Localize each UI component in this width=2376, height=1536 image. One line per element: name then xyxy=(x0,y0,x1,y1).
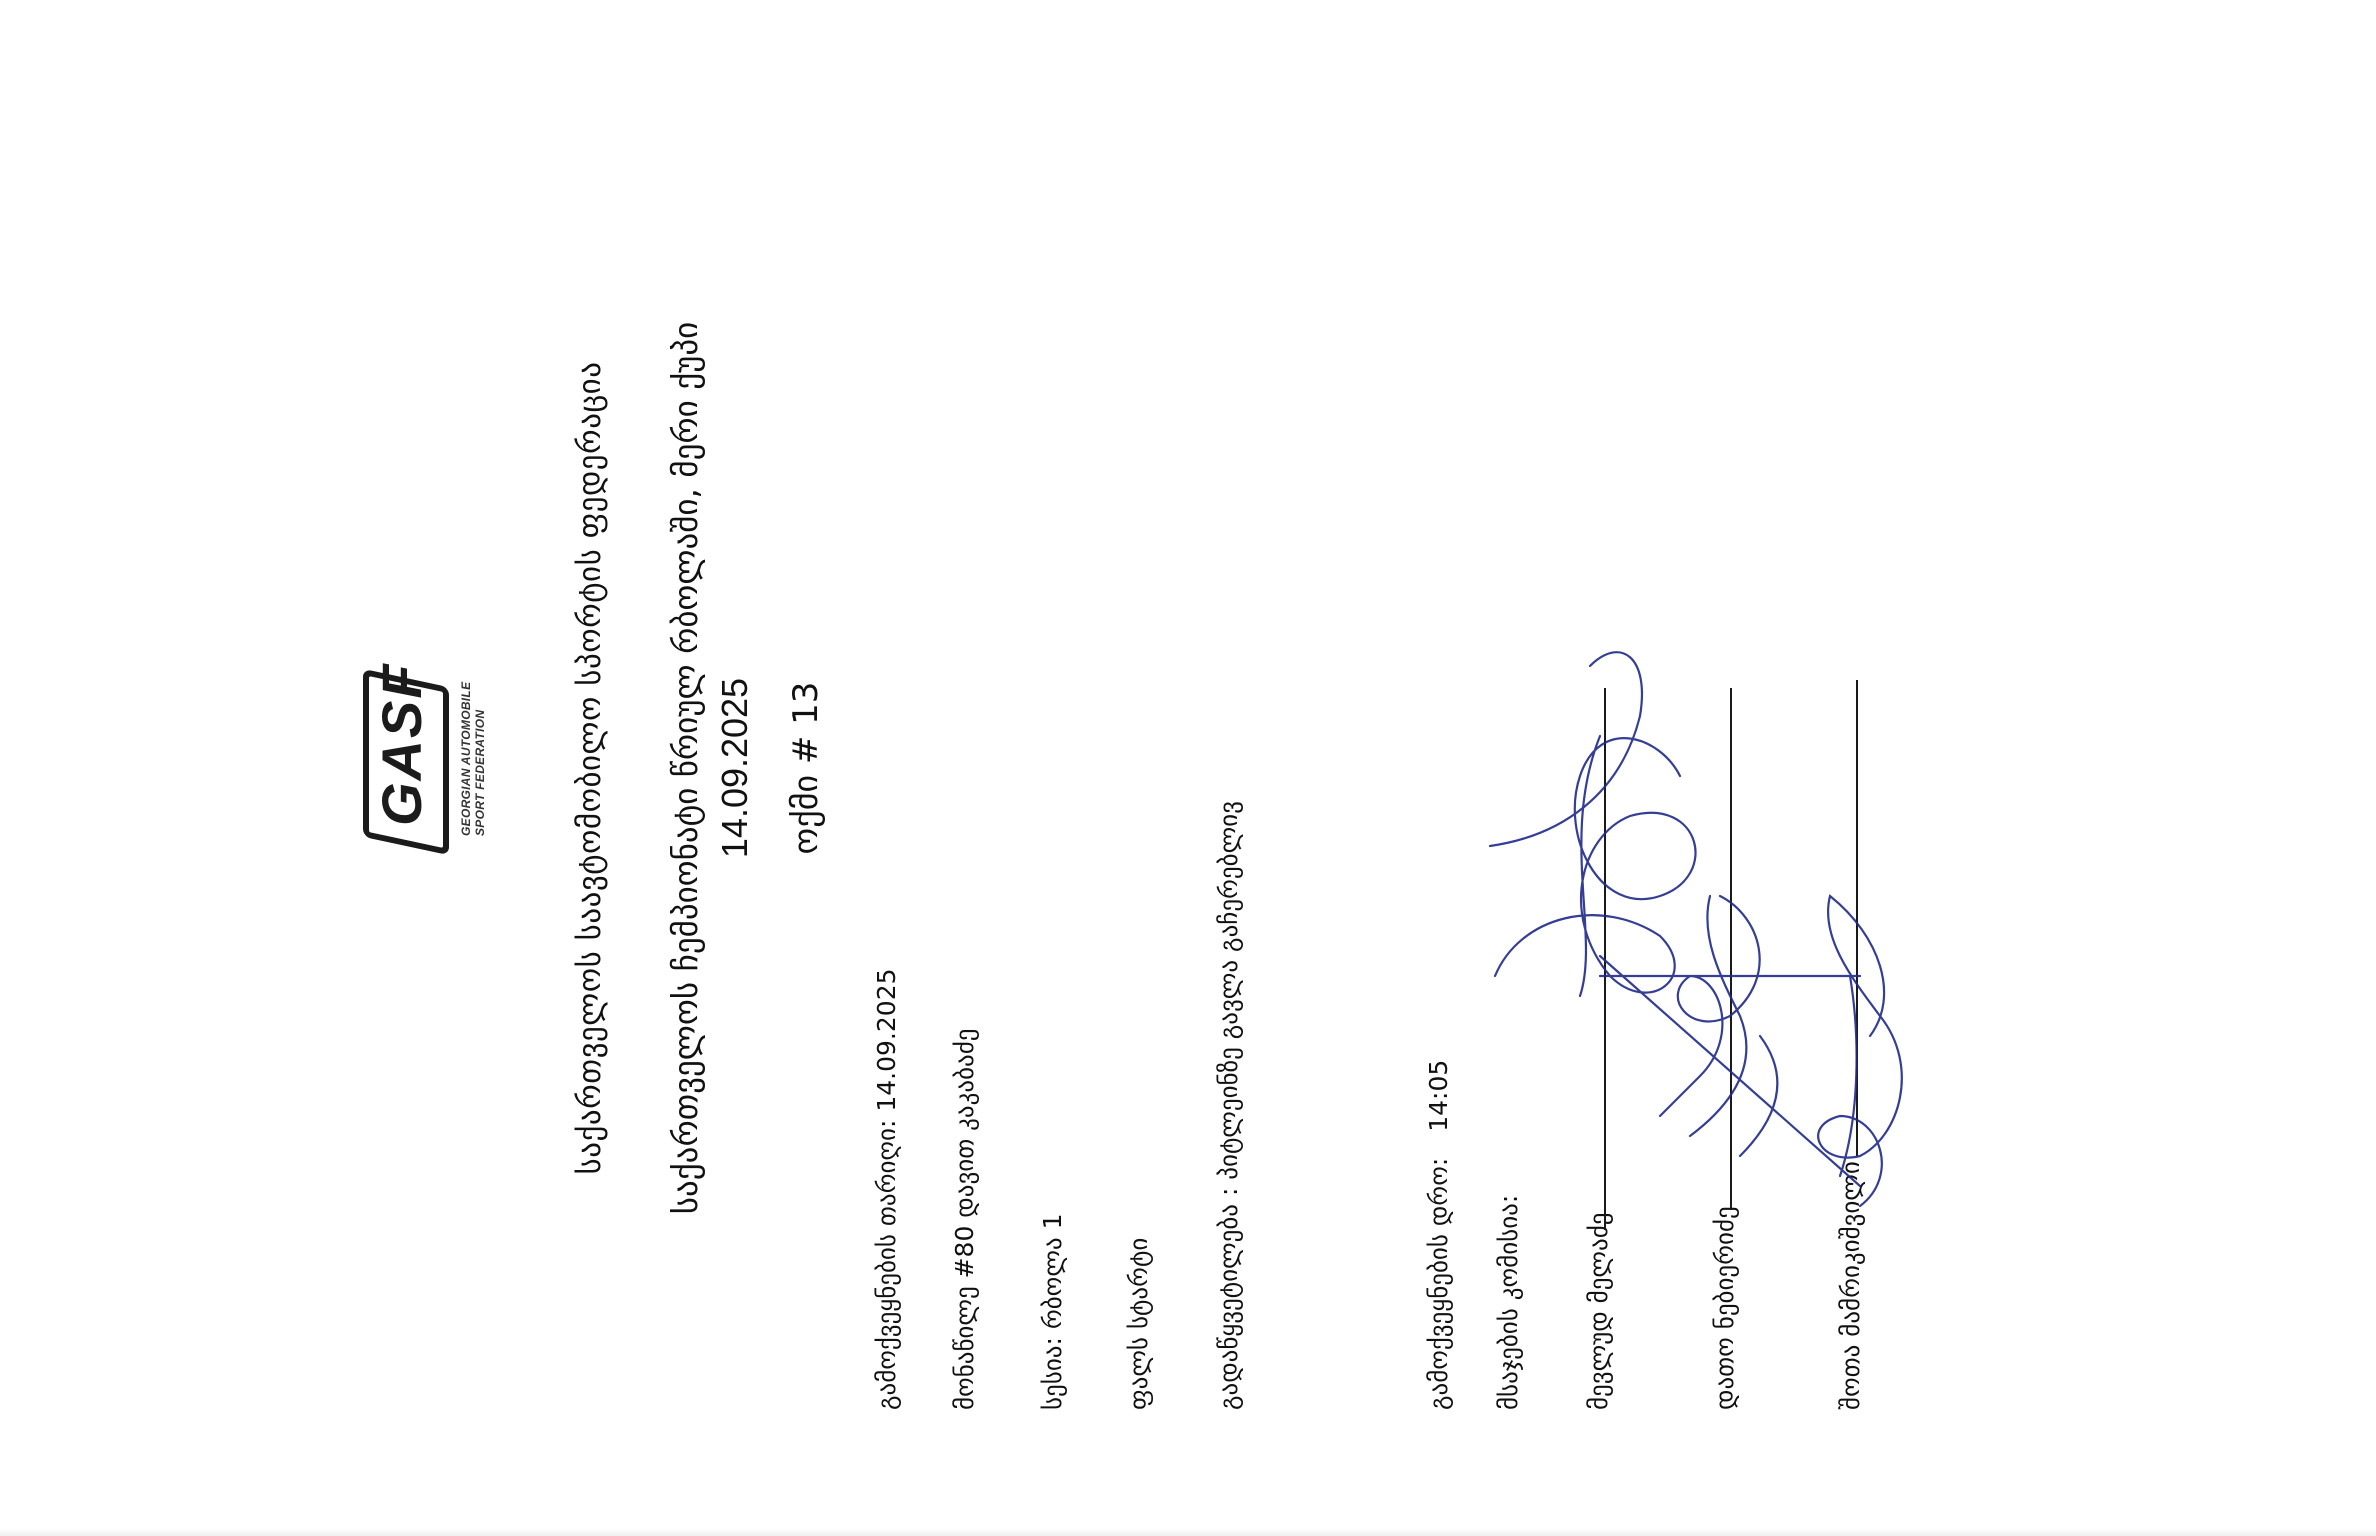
steward-3-name: შოთა მამრიკიშვილი xyxy=(1836,1161,1865,1410)
commission-label: მსაჯების კომისია: xyxy=(1494,1195,1523,1410)
signature-1 xyxy=(1495,736,1696,996)
decision: გადაწყვეტილება : პიტლეინზე გავლა გაჩერებ… xyxy=(1214,801,1243,1410)
steward-3-signature-line xyxy=(1856,680,1858,1156)
logo-line-1: GEORGIAN AUTOMOBILE xyxy=(459,682,473,836)
published-date: გამოქვეყნების თარიღი: 14.09.2025 xyxy=(872,968,901,1410)
infringement: ფალს სტარტი xyxy=(1124,1238,1153,1410)
event-title: საქართველოს ჩემპიონატი წრიულ რბოლაში, მე… xyxy=(666,0,705,1536)
session: სესია: რბოლა 1 xyxy=(1038,1214,1067,1410)
gasf-logo: GASF GEORGIAN AUTOMOBILE SPORT FEDERATIO… xyxy=(355,606,505,846)
steward-1-name: მევლუდ მელაძე xyxy=(1584,1213,1613,1410)
logo-mark: GASF xyxy=(369,662,434,826)
document-page: GASF GEORGIAN AUTOMOBILE SPORT FEDERATIO… xyxy=(0,0,2376,1536)
organization-title: საქართველოს საავტომობილო სპორტის ფედერაც… xyxy=(572,0,608,1536)
published-time-row: გამოქვეყნების დრო: 14:05 xyxy=(1424,1060,1453,1410)
published-time: 14:05 xyxy=(1424,1060,1453,1132)
steward-2-signature-line xyxy=(1730,688,1732,1210)
scan-edge xyxy=(0,1528,2376,1536)
protocol-number: ოქმი # 13 xyxy=(786,0,826,1536)
steward-1-signature-line xyxy=(1604,688,1606,1230)
scanned-document: GASF GEORGIAN AUTOMOBILE SPORT FEDERATIO… xyxy=(0,0,2376,1536)
competitor: მონაწილე #80 დავით კაკაბაძე xyxy=(950,1029,979,1410)
steward-2-name: დათო ნებიერიძე xyxy=(1710,1206,1739,1410)
signature-3 xyxy=(1818,896,1902,1206)
event-date: 14.09.2025 xyxy=(714,0,756,1536)
published-time-label: გამოქვეყნების დრო: xyxy=(1424,1158,1453,1410)
logo-line-2: SPORT FEDERATION xyxy=(473,710,487,836)
